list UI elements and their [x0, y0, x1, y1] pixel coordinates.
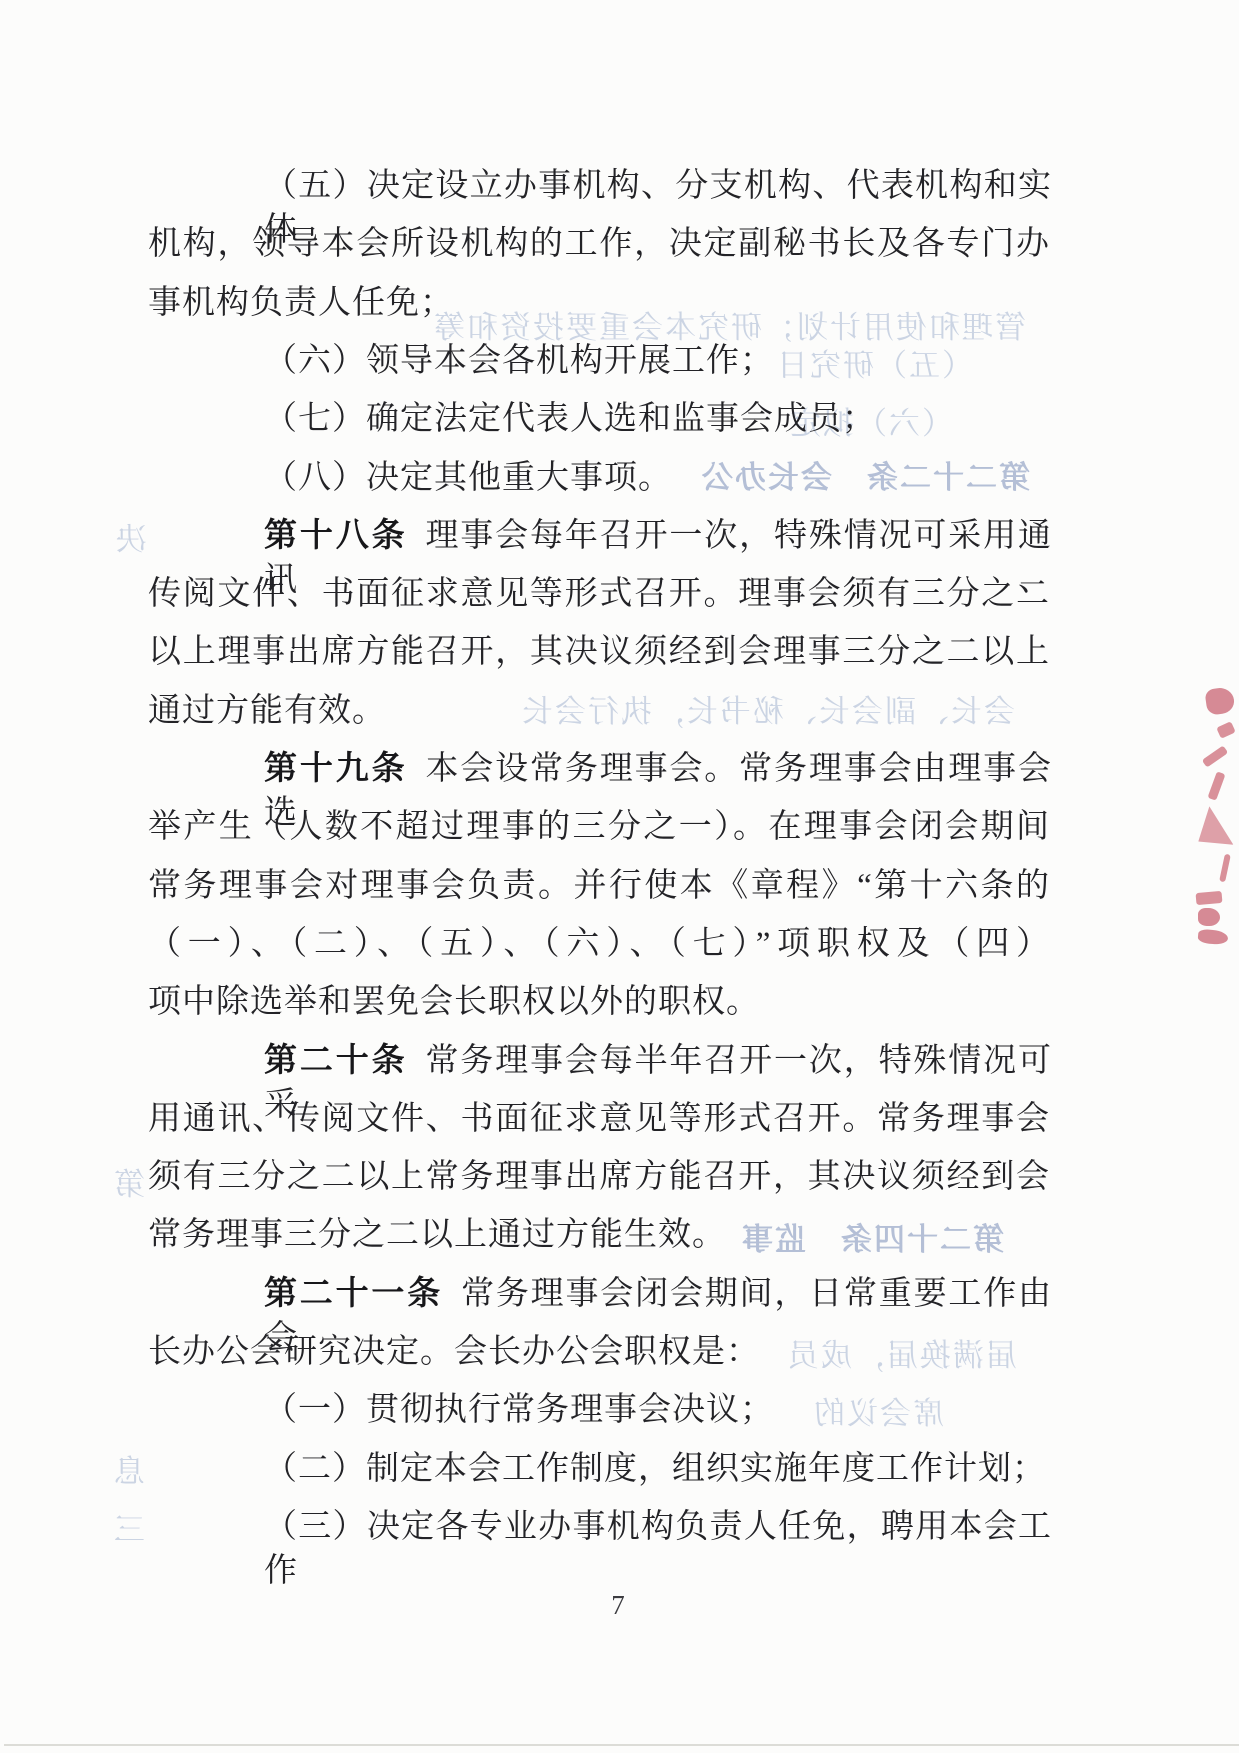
bleedthrough-text: 三 — [112, 1510, 145, 1550]
article-heading-line: 第二十条常务理事会每半年召开一次，特殊情况可采 — [264, 1039, 1052, 1085]
text-line: 机构，领导本会所设机构的工作，决定副秘书长及各专门办 — [148, 222, 1050, 268]
text-line: 通过方能有效。 — [148, 689, 1050, 735]
text-line: 以上理事出席方能召开，其决议须经到会理事三分之二以上 — [148, 630, 1050, 676]
article-heading-line: 第十九条本会设常务理事会。常务理事会由理事会选 — [264, 747, 1052, 793]
text-line: （三）决定各专业办事机构负责人任免，聘用本会工作 — [264, 1505, 1052, 1551]
text-line: 长办公会研究决定。会长办公会职权是： — [148, 1330, 1050, 1376]
scan-edge-line — [4, 1744, 1239, 1746]
text-line: 常务理事会对理事会负责。并行使本《章程》“第十六条的 — [148, 864, 1050, 910]
article-number: 第二十条 — [264, 1043, 407, 1079]
article-heading-line: 第二十一条常务理事会闭会期间，日常重要工作由会 — [264, 1272, 1052, 1318]
article-heading-line: 第十八条理事会每年召开一次，特殊情况可采用通讯、 — [264, 514, 1052, 560]
article-number: 第二十一条 — [264, 1276, 443, 1312]
text-line: 用通讯、传阅文件、书面征求意见等形式召开。常务理事会 — [148, 1097, 1050, 1143]
stamp-mark — [1216, 721, 1236, 739]
text-line: 项中除选举和罢免会长职权以外的职权。 — [148, 980, 1050, 1026]
stamp-mark — [1207, 771, 1225, 800]
text-line: 须有三分之二以上常务理事出席方能召开，其决议须经到会 — [148, 1155, 1050, 1201]
text-line: （八）决定其他重大事项。 — [264, 456, 1052, 502]
bleedthrough-text: 息 — [112, 1452, 145, 1492]
article-number: 第十九条 — [264, 751, 407, 787]
text-line: （一）、（二）、（五）、（六）、（七）”项职权及（四） — [148, 922, 1050, 968]
text-line: 事机构负责人任免； — [148, 281, 1050, 327]
stamp-mark — [1202, 745, 1228, 767]
text-line: （五）决定设立办事机构、分支机构、代表机构和实体 — [264, 164, 1052, 210]
stamp-mark — [1204, 686, 1235, 716]
stamp-mark — [1198, 908, 1220, 926]
text-line: （六）领导本会各机构开展工作； — [264, 339, 1052, 385]
bleedthrough-text: 决 — [114, 520, 147, 560]
text-line: 举产生（人数不超过理事的三分之一）。在理事会闭会期间 — [148, 805, 1050, 851]
text-line: （一）贯彻执行常务理事会决议； — [264, 1388, 1052, 1434]
page-number: 7 — [588, 1590, 648, 1621]
stamp-mark — [1197, 929, 1228, 946]
stamp-mark — [1193, 803, 1234, 850]
stamp-mark — [1219, 854, 1231, 883]
bleedthrough-text: 第 — [112, 1165, 145, 1205]
text-line: （二）制定本会工作制度，组织实施年度工作计划； — [264, 1447, 1052, 1493]
document-page: 管理和使用计划；研究本会重要投资和筹（五）研究日（六）拟定第二十二条 会长办公会… — [0, 0, 1239, 1753]
article-number: 第十八条 — [264, 518, 407, 554]
text-line: 传阅文件、书面征求意见等形式召开。理事会须有三分之二 — [148, 572, 1050, 618]
text-line: （七）确定法定代表人选和监事会成员； — [264, 397, 1052, 443]
text-line: 常务理事三分之二以上通过方能生效。 — [148, 1213, 1050, 1259]
stamp-mark — [1196, 891, 1223, 905]
